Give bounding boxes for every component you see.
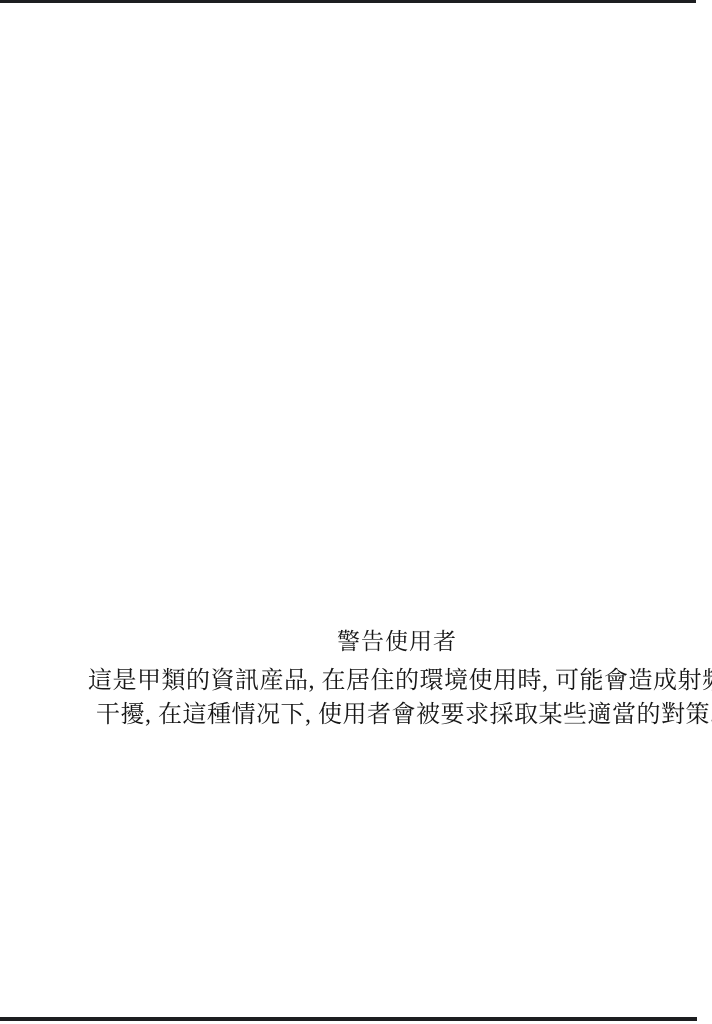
warning-title: 警告使用者 bbox=[88, 630, 706, 654]
warning-notice: 警告使用者 這是甲類的資訊産品, 在居住的環境使用時, 可能會造成射頻 干擾, … bbox=[88, 630, 706, 732]
warning-line-2: 干擾, 在這種情况下, 使用者會被要求採取某些適當的對策. bbox=[88, 698, 706, 732]
warning-line-1: 這是甲類的資訊産品, 在居住的環境使用時, 可能會造成射頻 bbox=[88, 664, 706, 698]
scan-artifact-bottom-bar bbox=[0, 1017, 697, 1021]
document-page: 警告使用者 這是甲類的資訊産品, 在居住的環境使用時, 可能會造成射頻 干擾, … bbox=[0, 0, 712, 1024]
scan-artifact-top-bar bbox=[0, 0, 696, 3]
